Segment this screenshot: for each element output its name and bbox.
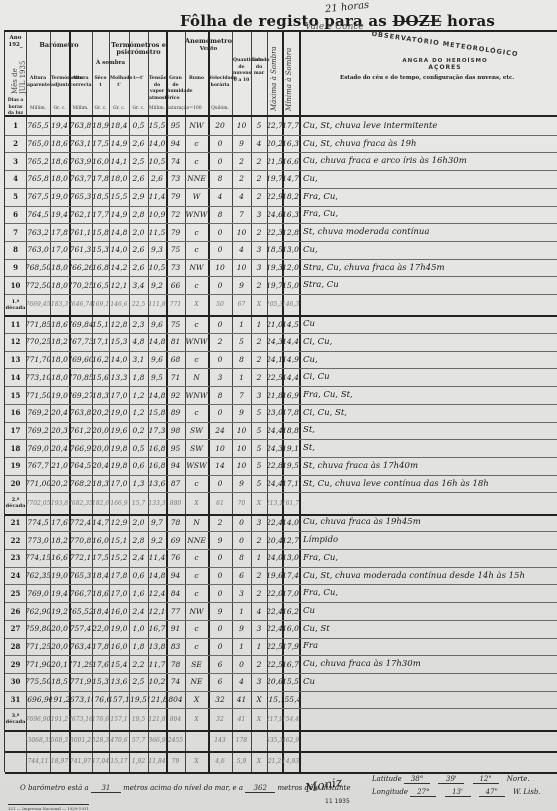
day-cell: 24 xyxy=(5,567,26,585)
value-cell-molhado: 15,17 xyxy=(109,751,129,772)
value-cell-seco: 16,2 xyxy=(92,351,109,369)
value-cell-min: 16,6 xyxy=(282,152,299,170)
value-cell-humidade: 66 xyxy=(166,276,185,294)
value-cell-diff: 1,2 xyxy=(129,386,148,404)
value-cell-tensao: 10,2 xyxy=(148,673,166,691)
day-cell: 1 xyxy=(5,117,26,135)
value-cell-altura_aparente: 765,2 xyxy=(26,152,50,170)
value-cell-molhado: 18,0 xyxy=(109,170,129,188)
value-cell-rumo: SE xyxy=(185,655,208,673)
value-cell-velocidade: 8 xyxy=(208,170,232,188)
value-cell-mar: 5 xyxy=(251,457,267,475)
value-cell-mar xyxy=(251,730,267,751)
remark-cell xyxy=(299,492,557,513)
value-cell-molhado: 15,1 xyxy=(109,531,129,549)
value-cell-min: 12,8 xyxy=(282,223,299,241)
table-row: 2765,018,6763,117,514,92,614,094c09420,2… xyxy=(5,135,557,154)
day-cell: 20 xyxy=(5,475,26,493)
day-cell: 11 xyxy=(5,315,26,333)
value-cell-min: 16,7 xyxy=(282,655,299,673)
value-cell-rumo: X xyxy=(185,751,208,772)
value-cell-diff: 2,6 xyxy=(129,241,148,259)
value-cell-altura_correcta: 770,25 xyxy=(69,276,92,294)
register-sheet: Fôlha de registo para as DOZE horas 21 h… xyxy=(0,0,557,811)
value-cell-max: 19,7 xyxy=(267,276,282,294)
value-cell-diff: 1,2 xyxy=(129,404,148,422)
value-cell-mar: 2 xyxy=(251,655,267,673)
value-cell-diff: 2,8 xyxy=(129,206,148,224)
value-cell-altura_correcta: 765,3 xyxy=(69,567,92,585)
value-cell-min: 18,8 xyxy=(282,422,299,440)
value-cell-molhado: 15,4 xyxy=(109,655,129,673)
value-cell-nuvens: 4 xyxy=(232,241,251,259)
value-cell-humidade: 95 xyxy=(166,439,185,457)
value-cell-velocidade: 14 xyxy=(208,457,232,475)
value-cell-altura_correcta: 763,9 xyxy=(69,152,92,170)
value-cell-nuvens: 4 xyxy=(232,188,251,206)
value-cell-diff: 4,8 xyxy=(129,333,148,351)
column-header-mar: Estado do mar xyxy=(252,58,266,78)
value-cell-min: 14,9 xyxy=(282,351,299,369)
value-cell-diff: 2,8 xyxy=(129,531,148,549)
value-cell-altura_correcta: 761,2 xyxy=(69,422,92,440)
remark-cell: Fra xyxy=(299,638,557,656)
value-cell-seco: 169,1 xyxy=(92,294,109,315)
value-cell-max: 19,7 xyxy=(267,170,282,188)
value-cell-humidade: 95 xyxy=(166,117,185,135)
value-cell-velocidade: 50 xyxy=(208,294,232,315)
value-cell-tensao: 11,4 xyxy=(148,188,166,206)
value-cell-molhado: 15,2 xyxy=(109,549,129,567)
value-cell-mar: X xyxy=(251,691,267,709)
value-cell-max: 22,4 xyxy=(267,602,282,620)
value-cell-tensao: 9,3 xyxy=(148,241,166,259)
value-cell-molhado: 17,0 xyxy=(109,386,129,404)
remark-cell: Cu, St, chuva leve intermitente xyxy=(299,117,557,135)
day-cell: 4 xyxy=(5,170,26,188)
value-cell-humidade: 804 xyxy=(166,708,185,729)
value-cell-seco: 17,5 xyxy=(92,549,109,567)
value-cell-velocidade: 10 xyxy=(208,439,232,457)
value-cell-min: 14,7 xyxy=(282,170,299,188)
value-cell-altura_correcta: 767,73 xyxy=(69,333,92,351)
value-cell-altura_aparente: 765,5 xyxy=(26,117,50,135)
value-cell-nuvens: 10 xyxy=(232,422,251,440)
value-cell-rumo: c xyxy=(185,404,208,422)
value-cell-humidade: 68 xyxy=(166,351,185,369)
value-cell-max: 21,2 xyxy=(267,751,282,772)
value-cell-molhado: 14,9 xyxy=(109,135,129,153)
value-cell-seco: 22,0 xyxy=(92,620,109,638)
unit-termometro_adjunto: Gr. c. xyxy=(50,106,69,111)
value-cell-altura_correcta: 757,4 xyxy=(69,620,92,638)
value-cell-rumo: N xyxy=(185,368,208,386)
day-cell: 30 xyxy=(5,673,26,691)
value-cell-humidade: 78 xyxy=(166,655,185,673)
value-cell-seco: 18,3 xyxy=(92,475,109,493)
remark-cell: Ci, Cu, xyxy=(299,333,557,351)
value-cell-tensao: 9,6 xyxy=(148,351,166,369)
remark-cell: St, chuva fraca às 17h40m xyxy=(299,457,557,475)
value-cell-mar: 2 xyxy=(251,531,267,549)
value-cell-velocidade: 0 xyxy=(208,404,232,422)
value-cell-humidade: 87 xyxy=(166,475,185,493)
value-cell-diff: 1,8 xyxy=(129,368,148,386)
value-cell-max: 24,3 xyxy=(267,439,282,457)
table-row: 16769,220,4763,820,219,01,215,889c09523,… xyxy=(5,404,557,423)
value-cell-humidade: 89 xyxy=(166,404,185,422)
value-cell-molhado: 470,6 xyxy=(109,730,129,751)
value-cell-nuvens: 41 xyxy=(232,691,251,709)
value-cell-mar: 2 xyxy=(251,223,267,241)
value-cell-rumo: X xyxy=(185,691,208,709)
value-cell-diff: 1,3 xyxy=(129,475,148,493)
value-cell-tensao: 15,5 xyxy=(148,117,166,135)
table-row: 15771,5019,0769,2718,317,01,214,892WNW87… xyxy=(5,386,557,405)
value-cell-humidade: 98 xyxy=(166,422,185,440)
remark-cell: Ci, Cu, St, xyxy=(299,404,557,422)
value-cell-termometro_adjunto: 17,0 xyxy=(50,241,69,259)
value-cell-velocidade: 2 xyxy=(208,514,232,532)
value-cell-termometro_adjunto: 20,3 xyxy=(50,422,69,440)
value-cell-termometro_adjunto: 18,0 xyxy=(50,276,69,294)
value-cell-max: 217,9 xyxy=(267,708,282,729)
barometer-distance: 362 xyxy=(245,784,275,793)
unit-tensao: Millim. xyxy=(148,106,166,111)
value-cell-molhado: 12,1 xyxy=(109,276,129,294)
value-cell-humidade: 73 xyxy=(166,170,185,188)
value-cell-altura_aparente: 771,85 xyxy=(26,315,50,333)
column-header-diff: t—t' xyxy=(130,76,147,83)
value-cell-altura_correcta: 741,97 xyxy=(69,751,92,772)
value-cell-tensao: 10,5 xyxy=(148,152,166,170)
value-cell-humidade: 74 xyxy=(166,673,185,691)
value-cell-velocidade: 4,6 xyxy=(208,751,232,772)
value-cell-termometro_adjunto: 17,6 xyxy=(50,514,69,532)
value-cell-rumo: c xyxy=(185,135,208,153)
table-row: 4765,818,0763,717,818,02,62,673NNE82219,… xyxy=(5,170,557,189)
value-cell-nuvens: 7 xyxy=(232,386,251,404)
value-cell-seco: 15,1 xyxy=(92,315,109,333)
value-cell-mar: 3 xyxy=(251,386,267,404)
value-cell-termometro_adjunto: 18,0 xyxy=(50,368,69,386)
remark-cell: Cu, St, chuva fraca às 19h xyxy=(299,135,557,153)
value-cell-max: 22,8 xyxy=(267,457,282,475)
value-cell-molhado: 13,6 xyxy=(109,673,129,691)
summary-row: 3.ª década7696,90191,27673,16176,6157,11… xyxy=(5,708,557,731)
value-cell-altura_aparente: 771,70 xyxy=(26,351,50,369)
value-cell-molhado: 19,0 xyxy=(109,620,129,638)
value-cell-max: 24,6 xyxy=(267,206,282,224)
column-header-nuvens: Quantidade de nuvens 0 a 10 xyxy=(233,58,250,84)
value-cell-max: 23,0 xyxy=(267,404,282,422)
table-row: 8763,017,0761,315,314,02,69,375c04318,51… xyxy=(5,241,557,260)
day-cell: 15 xyxy=(5,386,26,404)
value-cell-molhado: 18,4 xyxy=(109,117,129,135)
value-cell-altura_correcta: 763,7 xyxy=(69,170,92,188)
table-row: 12770,2518,2767,7317,115,34,814,881WNW25… xyxy=(5,333,557,352)
value-cell-velocidade: 6 xyxy=(208,673,232,691)
summary-row: 1.ª década7669,45183,37646,74169,1146,62… xyxy=(5,294,557,317)
value-cell-molhado: 15,5 xyxy=(109,188,129,206)
table-row: 11771,8518,6769,8415,112,82,39,675c01121… xyxy=(5,315,557,334)
table-row: 23774,1516,6772,117,515,22,411,476c08124… xyxy=(5,549,557,568)
value-cell-diff: 0,6 xyxy=(129,567,148,585)
column-header-altura_correcta: Altura correcta xyxy=(70,76,91,89)
value-cell-min: 12,7 xyxy=(282,531,299,549)
value-cell-termometro_adjunto: 18,0 xyxy=(50,351,69,369)
unit-humidade: Saturação=100 xyxy=(166,106,185,111)
table-row: 5767,519,0765,318,515,52,911,479W44222,9… xyxy=(5,188,557,207)
value-cell-tensao: 121,8 xyxy=(148,708,166,729)
value-cell-diff: 1,6 xyxy=(129,584,148,602)
value-cell-altura_aparente: 769,0 xyxy=(26,439,50,457)
unit-seco: Gr. c. xyxy=(92,106,109,111)
value-cell-mar: 1 xyxy=(251,549,267,567)
value-cell-mar: 5 xyxy=(251,422,267,440)
value-cell-rumo xyxy=(185,730,208,751)
value-cell-min: 155,4 xyxy=(282,691,299,709)
value-cell-diff: 0,6 xyxy=(129,457,148,475)
value-cell-molhado: 16,0 xyxy=(109,602,129,620)
value-cell-seco: 17,1 xyxy=(92,333,109,351)
value-cell-tensao: 133,3 xyxy=(148,492,166,513)
value-cell-rumo: c xyxy=(185,638,208,656)
value-cell-mar: 3 xyxy=(251,514,267,532)
value-cell-altura_aparente: 767,7 xyxy=(26,457,50,475)
value-cell-min: 17,1 xyxy=(282,475,299,493)
group-a-sombra: À sombra xyxy=(92,60,129,67)
value-cell-altura_correcta: 772,1 xyxy=(69,549,92,567)
value-cell-mar: 2 xyxy=(251,368,267,386)
value-cell-min: 154,4 xyxy=(282,708,299,729)
value-cell-max: 22,0 xyxy=(267,584,282,602)
day-cell: 26 xyxy=(5,602,26,620)
value-cell-mar: X xyxy=(251,708,267,729)
value-cell-min: 14,93 xyxy=(282,751,299,772)
remark-cell: Fra, Cu, St, xyxy=(299,386,557,404)
value-cell-altura_correcta: 761,1 xyxy=(69,223,92,241)
value-cell-altura_correcta: 770,85 xyxy=(69,368,92,386)
value-cell-termometro_adjunto: 18,0 xyxy=(50,170,69,188)
value-cell-rumo: X xyxy=(185,492,208,513)
column-header-molhado: Molhado t' xyxy=(110,76,128,89)
value-cell-diff: 2,6 xyxy=(129,170,148,188)
observation-table: Ano 192_Mês de JUL 1935Dias a horas da l… xyxy=(4,30,557,772)
value-cell-diff: 1,92 xyxy=(129,751,148,772)
value-cell-min: 17,9 xyxy=(282,638,299,656)
value-cell-seco: 17,04 xyxy=(92,751,109,772)
table-row: 13771,7018,0769,6016,214,03,19,668c08224… xyxy=(5,351,557,370)
value-cell-diff: 2,4 xyxy=(129,549,148,567)
value-cell-mar: 3 xyxy=(251,241,267,259)
value-cell-humidade: 92 xyxy=(166,386,185,404)
value-cell-molhado: 14,9 xyxy=(109,206,129,224)
table-row: 26762,9019,2765,5218,416,02,412,177NW914… xyxy=(5,602,557,621)
value-cell-min: 17,7 xyxy=(282,117,299,135)
value-cell-altura_aparente: 768,50 xyxy=(26,259,50,277)
value-cell-velocidade: 0 xyxy=(208,549,232,567)
column-header-tensao: Tensão do vapor atmosférico xyxy=(149,76,165,102)
value-cell-seco: 17,8 xyxy=(92,170,109,188)
value-cell-altura_correcta: 769,27 xyxy=(69,386,92,404)
value-cell-min: 15,0 xyxy=(282,276,299,294)
value-cell-rumo: c xyxy=(185,584,208,602)
value-cell-tensao: 16,8 xyxy=(148,439,166,457)
value-cell-altura_aparente: 762,35 xyxy=(26,567,50,585)
value-cell-mar: 3 xyxy=(251,259,267,277)
value-cell-humidade: 880 xyxy=(166,492,185,513)
remark-cell: St, chuva moderada contínua xyxy=(299,223,557,241)
value-cell-diff: 3,1 xyxy=(129,351,148,369)
value-cell-velocidade: 32 xyxy=(208,691,232,709)
value-cell-max: 24,4 xyxy=(267,422,282,440)
remark-cell xyxy=(299,730,557,751)
value-cell-diff: 0,5 xyxy=(129,117,148,135)
day-cell: 7 xyxy=(5,223,26,241)
value-cell-humidade: 74 xyxy=(166,152,185,170)
remark-cell: Cu, St xyxy=(299,620,557,638)
value-cell-velocidade: 9 xyxy=(208,531,232,549)
value-cell-velocidade: 2 xyxy=(208,333,232,351)
value-cell-velocidade: 0 xyxy=(208,152,232,170)
value-cell-diff: 2,6 xyxy=(129,259,148,277)
value-cell-max: 22,4 xyxy=(267,620,282,638)
value-cell-velocidade: 20 xyxy=(208,117,232,135)
value-cell-min: 14,5 xyxy=(282,315,299,333)
value-cell-velocidade: 0 xyxy=(208,315,232,333)
value-cell-tensao: 111,8 xyxy=(148,294,166,315)
value-cell-min: 161,7 xyxy=(282,492,299,513)
value-cell-mar: 4 xyxy=(251,602,267,620)
value-cell-seco: 18,4 xyxy=(92,602,109,620)
value-cell-nuvens: 8 xyxy=(232,549,251,567)
value-cell-nuvens: 10 xyxy=(232,259,251,277)
value-cell-humidade: 94 xyxy=(166,135,185,153)
value-cell-altura_correcta: 770,8 xyxy=(69,531,92,549)
value-cell-min: 18,2 xyxy=(282,188,299,206)
value-cell-max: 24,0 xyxy=(267,549,282,567)
value-cell-termometro_adjunto: 18,2 xyxy=(50,531,69,549)
value-cell-termometro_adjunto: 18,97 xyxy=(50,751,69,772)
value-cell-diff: 2,5 xyxy=(129,673,148,691)
value-cell-seco: 15,8 xyxy=(92,223,109,241)
remark-cell: Cu xyxy=(299,602,557,620)
value-cell-nuvens: 7 xyxy=(232,206,251,224)
value-cell-tensao: 14,8 xyxy=(148,567,166,585)
value-cell-max: 19,6 xyxy=(267,567,282,585)
value-cell-altura_correcta: 769,60 xyxy=(69,351,92,369)
value-cell-velocidade: 6 xyxy=(208,655,232,673)
table-row: 17769,220,3761,220,019,60,217,398SW24105… xyxy=(5,422,557,441)
value-cell-seco: 18,5 xyxy=(92,188,109,206)
summary-row: 23068,35568,323001,25528,3470,657,7366,9… xyxy=(5,730,557,753)
day-cell: 16 xyxy=(5,404,26,422)
remark-cell: Límpido xyxy=(299,531,557,549)
value-cell-altura_aparente: 765,8 xyxy=(26,170,50,188)
value-cell-seco: 16,8 xyxy=(92,259,109,277)
value-cell-tensao: 9,6 xyxy=(148,315,166,333)
value-cell-rumo: c xyxy=(185,152,208,170)
value-cell-nuvens: 3 xyxy=(232,584,251,602)
value-cell-molhado: 12,8 xyxy=(109,315,129,333)
table-row: 19767,721,0764,520,419,80,616,894WSW1410… xyxy=(5,457,557,476)
value-cell-tensao: 15,8 xyxy=(148,404,166,422)
value-cell-tensao: 11,4 xyxy=(148,549,166,567)
day-cell: 17 xyxy=(5,422,26,440)
value-cell-altura_correcta: 769,84 xyxy=(69,315,92,333)
value-cell-nuvens: 10 xyxy=(232,117,251,135)
value-cell-nuvens: 4 xyxy=(232,673,251,691)
value-cell-altura_correcta: 7646,74 xyxy=(69,294,92,315)
value-cell-diff: 1,8 xyxy=(129,638,148,656)
value-cell-nuvens: 1 xyxy=(232,368,251,386)
value-cell-mar: 1 xyxy=(251,315,267,333)
remark-cell: St, xyxy=(299,439,557,457)
value-cell-altura_aparente: 769,2 xyxy=(26,422,50,440)
value-cell-altura_correcta: 768,2 xyxy=(69,475,92,493)
value-cell-nuvens: 10 xyxy=(232,439,251,457)
value-cell-tensao: 366,9 xyxy=(148,730,166,751)
value-cell-altura_aparente: 763,2 xyxy=(26,223,50,241)
year-label: Ano 192_ xyxy=(5,35,26,48)
value-cell-velocidade: 0 xyxy=(208,475,232,493)
column-header-humidade: Grau de humidade xyxy=(167,76,184,96)
value-cell-diff: 1,0 xyxy=(129,620,148,638)
value-cell-tensao: 12,1 xyxy=(148,602,166,620)
value-cell-nuvens: 0 xyxy=(232,655,251,673)
day-cell: 2 xyxy=(5,135,26,153)
value-cell-max: 215,1 xyxy=(267,691,282,709)
unit-altura_aparente: Millim. xyxy=(26,106,50,111)
value-cell-molhado: 19,8 xyxy=(109,457,129,475)
remark-cell: Cu, St, chuva moderada contínua desde 14… xyxy=(299,567,557,585)
remark-cell: Fra, Cu, xyxy=(299,549,557,567)
value-cell-nuvens: 9 xyxy=(232,276,251,294)
value-cell-nuvens: 9 xyxy=(232,135,251,153)
value-cell-rumo: NW xyxy=(185,117,208,135)
value-cell-tensao: 17,3 xyxy=(148,422,166,440)
value-cell-termometro_adjunto: 18,0 xyxy=(50,259,69,277)
value-cell-humidade: 76 xyxy=(166,549,185,567)
value-cell-altura_correcta: 766,7 xyxy=(69,584,92,602)
value-cell-termometro_adjunto: 19,4 xyxy=(50,584,69,602)
value-cell-tensao: 9,7 xyxy=(148,514,166,532)
value-cell-mar: 2 xyxy=(251,276,267,294)
value-cell-max: 21,8 xyxy=(267,386,282,404)
value-cell-termometro_adjunto: 20,4 xyxy=(50,404,69,422)
value-cell-min: 17,4 xyxy=(282,567,299,585)
value-cell-velocidade: 0 xyxy=(208,638,232,656)
value-cell-altura_aparente: 744,11 xyxy=(26,751,50,772)
value-cell-molhado: 19,6 xyxy=(109,422,129,440)
remark-cell xyxy=(299,691,557,709)
value-cell-tensao: 16,8 xyxy=(148,457,166,475)
value-cell-humidade: 94 xyxy=(166,457,185,475)
value-cell-rumo: N xyxy=(185,514,208,532)
unit-molhado: Gr. c. xyxy=(109,106,129,111)
value-cell-velocidade: 10 xyxy=(208,259,232,277)
value-cell-rumo: SW xyxy=(185,439,208,457)
value-cell-altura_aparente: 771,90 xyxy=(26,655,50,673)
value-cell-termometro_adjunto: 18,5 xyxy=(50,673,69,691)
value-cell-seco: 18,9 xyxy=(92,117,109,135)
value-cell-termometro_adjunto: 191,2 xyxy=(50,708,69,729)
value-cell-tensao: 11,5 xyxy=(148,223,166,241)
value-cell-nuvens: 1 xyxy=(232,602,251,620)
value-cell-termometro_adjunto: 19,2 xyxy=(50,602,69,620)
value-cell-molhado: 14,2 xyxy=(109,259,129,277)
